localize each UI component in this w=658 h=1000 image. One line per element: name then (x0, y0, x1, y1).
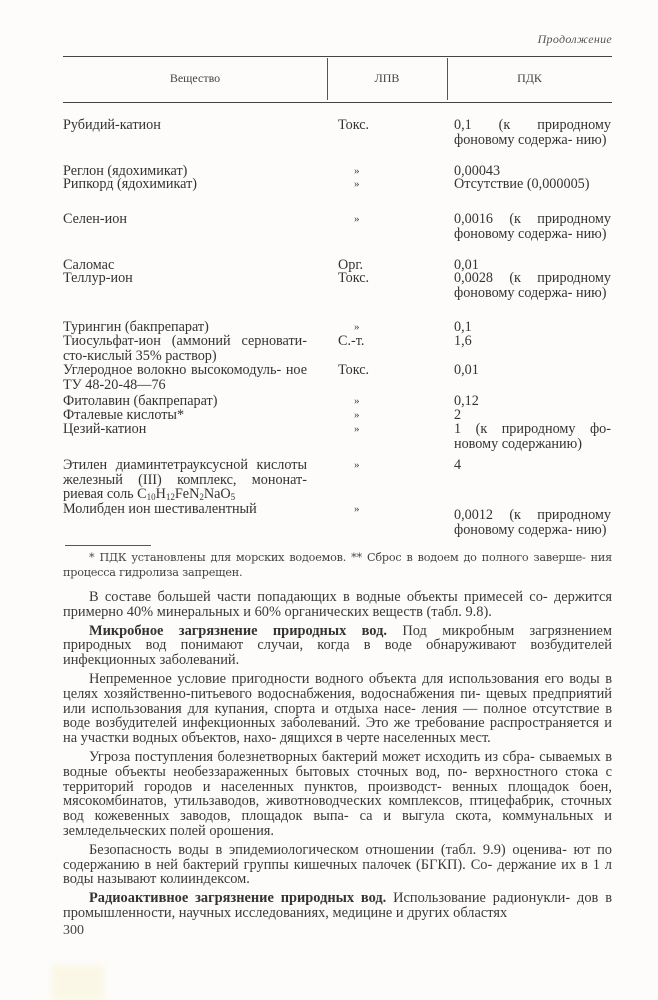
table-row: Фитолавин (бакпрепарат) » 0,12 (63, 394, 612, 408)
paragraph: В составе большей части попадающих в вод… (63, 590, 612, 620)
ditto-mark: » (354, 212, 360, 227)
substance-name: Рипкорд (ядохимикат) (63, 177, 307, 212)
table-row: Рипкорд (ядохимикат) » Отсутствие (0,000… (63, 177, 612, 212)
lpv-value: Токс. (338, 271, 369, 286)
substance-name: Теллур-ион (63, 271, 307, 320)
table-body: Рубидий-катион Токс. 0,1 (к природному ф… (63, 118, 612, 548)
pdk-value: 0,1 (к природному фоновому содержа- нию) (454, 118, 611, 147)
table-footnote: * ПДК установлены для морских водоемов. … (63, 551, 612, 580)
substance-name: Селен-ион (63, 212, 307, 258)
table-continued-label: Продолжение (538, 32, 612, 47)
book-page: Продолжение Вещество ЛПВ ПДК Рубидий-кат… (0, 0, 658, 1000)
table-row: Турингин (бакпрепарат) » 0,1 (63, 320, 612, 334)
table-row: Теллур-ион Токс. 0,0028 (к природному фо… (63, 271, 612, 320)
table-row: Цезий-катион » 1 (к природному фо- новом… (63, 422, 612, 458)
table-row: Углеродное волокно высокомодуль- ное ТУ … (63, 363, 612, 394)
substance-name: Рубидий-катион (63, 118, 307, 164)
paragraph: Безопасность воды в эпидемиологическом о… (63, 843, 612, 887)
substance-name: Этилен диаминтетрауксусной кислоты желез… (63, 458, 307, 502)
section-heading-radioactive: Радиоактивное загрязнение природных вод. (89, 890, 386, 906)
pdk-value: 0,0012 (к природному фоновому содержа- н… (454, 508, 611, 537)
substance-name: Фитолавин (бакпрепарат) (63, 394, 307, 408)
substance-name: Цезий-катион (63, 422, 307, 458)
pdk-value: 0,0016 (к природному фоновому содержа- н… (454, 212, 611, 241)
paragraph: Непременное условие пригодности водного … (63, 672, 612, 746)
chemical-formula: C10H12FeN2NaO5 (137, 486, 235, 502)
table-top-rule (63, 56, 612, 57)
ditto-mark: » (354, 177, 360, 192)
substance-name: Фталевые кислоты* (63, 408, 307, 422)
ditto-mark: » (354, 394, 360, 409)
pdk-value: 0,01 (454, 363, 611, 378)
paragraph: Угроза поступления болезнетворных бактер… (63, 750, 612, 839)
substance-name: Углеродное волокно высокомодуль- ное ТУ … (63, 363, 307, 394)
column-header-substance: Вещество (63, 71, 327, 86)
paragraph: Микробное загрязнение природных вод. Под… (63, 624, 612, 668)
pdk-value: 0,1 (454, 320, 611, 335)
table-row: Фталевые кислоты* » 2 (63, 408, 612, 422)
ditto-mark: » (354, 422, 360, 437)
ditto-mark: » (354, 502, 360, 517)
table-row: Этилен диаминтетрауксусной кислоты желез… (63, 458, 612, 502)
lpv-value: Токс. (338, 118, 369, 133)
body-text: В составе большей части попадающих в вод… (63, 590, 612, 925)
substance-name: Молибден ион шестивалентный (63, 502, 307, 548)
pdk-value: Отсутствие (0,000005) (454, 177, 611, 192)
table-row: Селен-ион » 0,0016 (к природному фоновом… (63, 212, 612, 258)
table-row: Молибден ион шестивалентный » 0,0012 (к … (63, 502, 612, 548)
pdk-value: 1 (к природному фо- новому содержанию) (454, 422, 611, 451)
substance-name: Турингин (бакпрепарат) (63, 320, 307, 334)
table-row: Тиосульфат-ион (аммоний серновати- сто-к… (63, 334, 612, 363)
substance-name: Тиосульфат-ион (аммоний серновати- сто-к… (63, 334, 307, 363)
footnote-rule (65, 545, 151, 546)
column-header-lpv: ЛПВ (327, 71, 447, 86)
section-heading-microbial: Микробное загрязнение природных вод. (89, 623, 387, 639)
column-header-pdk: ПДК (447, 71, 612, 86)
pdk-value: 0,12 (454, 394, 611, 409)
lpv-value: С.-т. (338, 334, 364, 349)
ditto-mark: » (354, 458, 360, 473)
pdk-value: 1,6 (454, 334, 611, 349)
paragraph: Радиоактивное загрязнение природных вод.… (63, 891, 612, 921)
table-row: Рубидий-катион Токс. 0,1 (к природному ф… (63, 118, 612, 164)
paper-stain (52, 965, 104, 1000)
ditto-mark: » (354, 408, 360, 423)
page-number: 300 (63, 923, 84, 939)
pdk-value: 0,0028 (к природному фоновому содержа- н… (454, 271, 611, 300)
lpv-value: Токс. (338, 363, 369, 378)
pdk-value: 4 (454, 458, 611, 473)
table-header-rule (63, 102, 612, 103)
